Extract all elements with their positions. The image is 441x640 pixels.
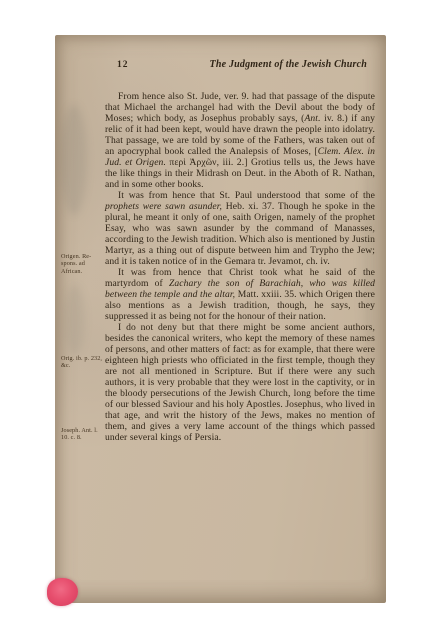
paragraph: From hence also St. Jude, ver. 9. had th… xyxy=(105,91,375,190)
bleed-through-smudge xyxy=(61,105,87,215)
bleed-through-smudge xyxy=(65,285,85,355)
margin-note: Origen. Re- spons. ad African. xyxy=(61,253,103,275)
margin-note: Joseph. Ant. l. 10. c. 8. xyxy=(61,427,103,442)
paragraph: It was from hence that St. Paul understo… xyxy=(105,190,375,267)
screenshot-root: { "page": { "number": "12", "running_tit… xyxy=(0,0,441,640)
page-header: 12 The Judgment of the Jewish Church xyxy=(105,59,375,70)
page-number: 12 xyxy=(117,60,129,70)
margin-note: Orig. ib. p. 232, &c. xyxy=(61,355,103,370)
fingertip xyxy=(47,578,78,606)
running-title: The Judgment of the Jewish Church xyxy=(210,59,367,70)
book-page-scan: 12 The Judgment of the Jewish Church Fro… xyxy=(55,35,386,603)
page-body: From hence also St. Jude, ver. 9. had th… xyxy=(105,91,375,443)
paragraph: I do not deny but that there might be so… xyxy=(105,322,375,443)
paragraph: It was from hence that Christ took what … xyxy=(105,267,375,322)
